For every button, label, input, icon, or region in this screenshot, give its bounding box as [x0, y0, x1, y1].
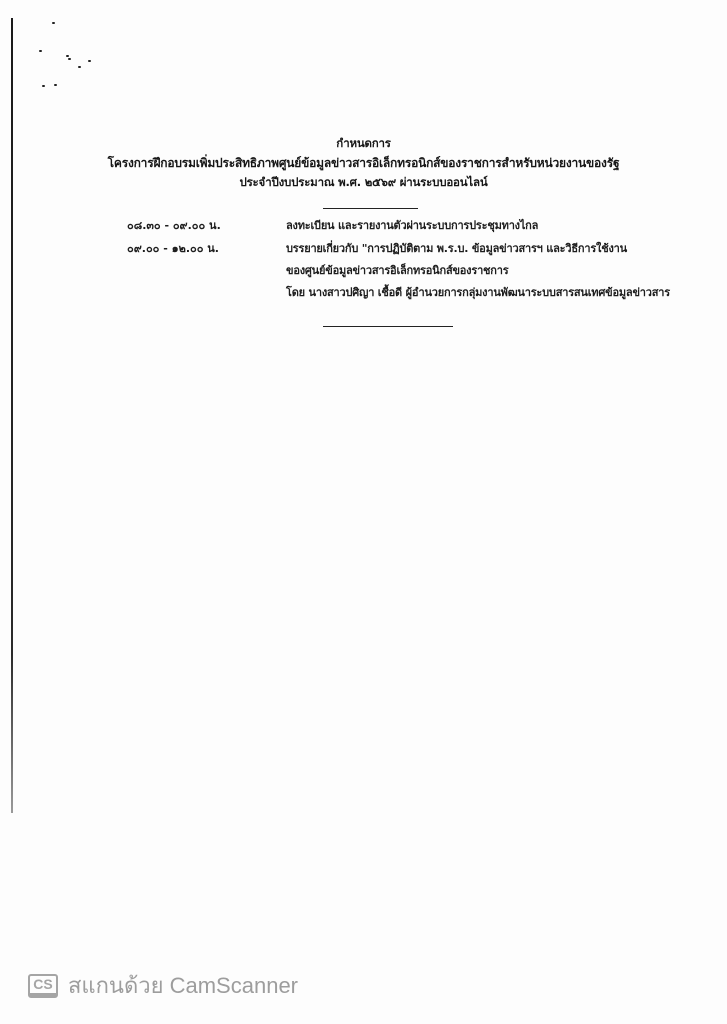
document-title: กำหนดการ: [0, 135, 727, 153]
project-name: โครงการฝึกอบรมเพิ่มประสิทธิภาพศูนย์ข้อมู…: [0, 154, 727, 173]
schedule-time: ๐๘.๓๐ - ๐๙.๐๐ น.: [127, 216, 221, 234]
schedule-description: บรรยายเกี่ยวกับ "การปฏิบัติตาม พ.ร.บ. ข้…: [286, 239, 627, 257]
schedule-time: ๐๙.๐๐ - ๑๒.๐๐ น.: [127, 239, 219, 257]
camscanner-watermark: CS สแกนด้วย CamScanner: [28, 968, 298, 1003]
camscanner-logo-icon: CS: [28, 974, 58, 998]
divider-bottom: [323, 326, 453, 327]
divider-top: [323, 208, 418, 209]
schedule-speaker: โดย นางสาวปศิญา เชื้อดี ผู้อำนวยการกลุ่ม…: [286, 283, 670, 301]
document-subtitle: ประจำปีงบประมาณ พ.ศ. ๒๕๖๙ ผ่านระบบออนไลน…: [0, 174, 727, 192]
schedule-description: ลงทะเบียน และรายงานตัวผ่านระบบการประชุมท…: [286, 216, 538, 234]
schedule-description: ของศูนย์ข้อมูลข่าวสารอิเล็กทรอนิกส์ของรา…: [286, 261, 508, 279]
watermark-label: สแกนด้วย CamScanner: [68, 968, 298, 1003]
